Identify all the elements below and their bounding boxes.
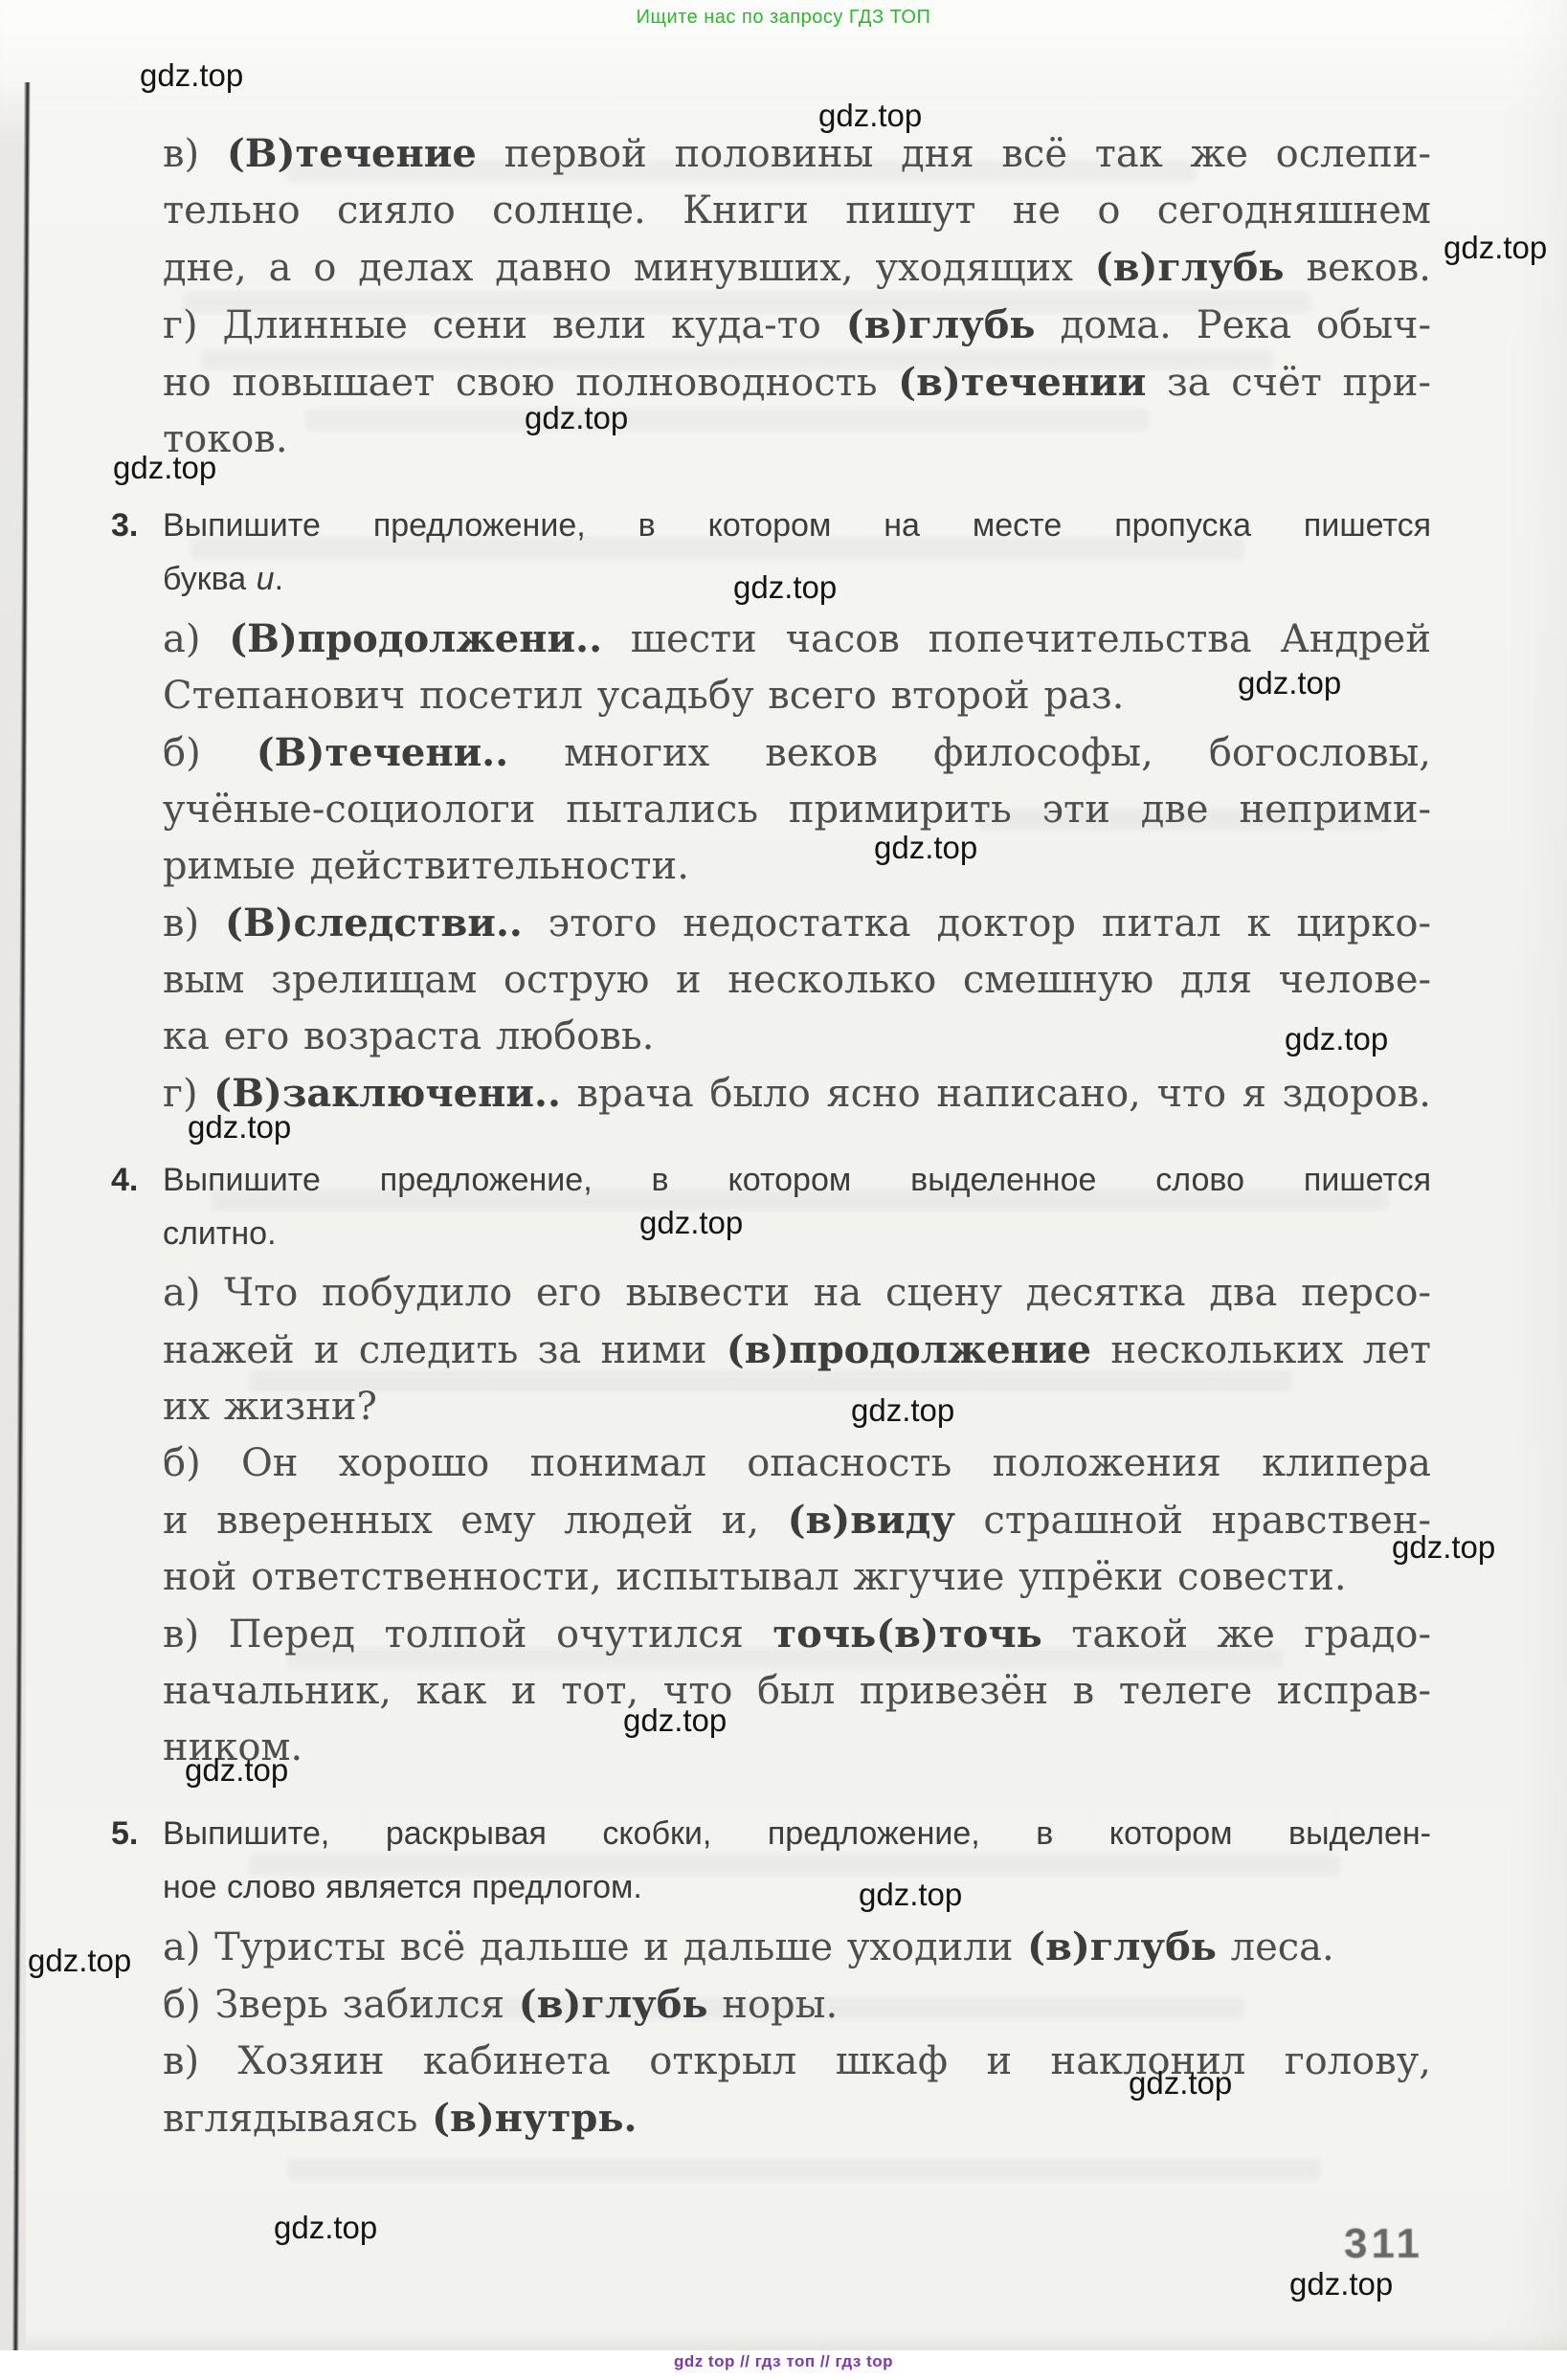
text-column: в) (В)течение первой половины дня всё та…	[163, 125, 1431, 2147]
exercise-item: г) (В)заключени.. врача было ясно написа…	[163, 1065, 1431, 1123]
text-line: а) (В)продолжени.. шести часов попечител…	[163, 611, 1431, 668]
exercise-item: в) (В)следстви.. этого недостатка доктор…	[163, 895, 1431, 1065]
exercise-item: б) Зверь забился (в)глубь норы.	[163, 1976, 1431, 2034]
gdz-watermark: gdz.top	[859, 1879, 962, 1910]
text-line: слитно.	[163, 1207, 1431, 1260]
text-line: ка его возраста любовь.	[163, 1009, 1431, 1065]
gdz-watermark: gdz.top	[188, 1111, 291, 1143]
text-line: римые действительности.	[163, 838, 1431, 895]
text-line: а) Что побудило его вывести на сцену дес…	[163, 1265, 1431, 1322]
exercise-item: в) Хозяин кабинета открыл шкаф и наклони…	[163, 2034, 1431, 2147]
text-line: нажей и следить за ними (в)продолжение н…	[163, 1322, 1431, 1379]
gdz-watermark: gdz.top	[1129, 2067, 1232, 2099]
text-line: г) Длинные сени вели куда-то (в)глубь до…	[163, 297, 1431, 354]
promo-banner-text: Ищите нас по запросу ГДЗ ТОП	[0, 7, 1567, 29]
gdz-watermark: gdz.top	[733, 571, 837, 603]
text-line: дне, а о делах давно минувших, уходящих …	[163, 239, 1431, 297]
text-line: их жизни?	[163, 1379, 1431, 1435]
text-line: вглядываясь (в)нутрь.	[163, 2090, 1431, 2147]
exercise-item: а) Туристы всё дальше и дальше уходили (…	[163, 1919, 1431, 1976]
gdz-watermark: gdz.top	[623, 1704, 727, 1736]
gdz-watermark: gdz.top	[1285, 1023, 1388, 1055]
exercise-header: 5.Выпишите, раскрывая скобки, предложени…	[163, 1807, 1431, 1914]
gdz-watermark: gdz.top	[1392, 1531, 1495, 1563]
text-line: б) Он хорошо понимал опасность положения…	[163, 1435, 1431, 1492]
text-line: ное слово является предлогом.	[163, 1860, 1431, 1914]
text-line: вым зрелищам острую и несколько смешную …	[163, 952, 1431, 1009]
text-line: Выпишите, раскрывая скобки, предложение,…	[163, 1807, 1431, 1860]
text-line: Выпишите предложение, в котором на месте…	[163, 499, 1431, 552]
gdz-watermark: gdz.top	[185, 1754, 288, 1786]
text-line: б) (В)течени.. многих веков философы, бо…	[163, 724, 1431, 782]
text-line: в) (В)следстви.. этого недостатка доктор…	[163, 895, 1431, 952]
exercise-number: 3.	[111, 499, 138, 552]
gdz-watermark: gdz.top	[525, 402, 628, 434]
exercise-item: б) Он хорошо понимал опасность положения…	[163, 1435, 1431, 1606]
exercise-item: г) Длинные сени вели куда-то (в)глубь до…	[163, 297, 1431, 468]
exercise-number: 4.	[111, 1153, 138, 1207]
text-line: Выпишите предложение, в котором выделенн…	[163, 1153, 1431, 1207]
text-line: а) Туристы всё дальше и дальше уходили (…	[163, 1919, 1431, 1976]
gdz-watermark: gdz.top	[28, 1945, 131, 1976]
exercise-item: в) (В)течение первой половины дня всё та…	[163, 125, 1431, 297]
text-line: в) Перед толпой очутился точь(в)точь так…	[163, 1606, 1431, 1663]
gdz-watermark: gdz.top	[1444, 232, 1547, 263]
gdz-watermark: gdz.top	[1289, 2268, 1393, 2300]
exercise-item: в) Перед толпой очутился точь(в)точь так…	[163, 1606, 1431, 1776]
gdz-watermark: gdz.top	[639, 1207, 743, 1238]
text-line: ной ответственности, испытывал жгучие уп…	[163, 1549, 1431, 1606]
text-line: и вверенных ему людей и, (в)виду страшно…	[163, 1492, 1431, 1549]
exercise-header: 4.Выпишите предложение, в котором выделе…	[163, 1153, 1431, 1260]
gdz-watermark: gdz.top	[851, 1394, 954, 1426]
bleedthrough-artifact	[287, 2159, 1321, 2180]
gdz-watermark: gdz.top	[874, 832, 977, 863]
gdz-watermark: gdz.top	[140, 59, 243, 91]
exercise-item: а) Что побудило его вывести на сцену дес…	[163, 1265, 1431, 1435]
gdz-watermark: gdz.top	[1238, 667, 1341, 699]
text-line: но повышает свою полноводность (в)течени…	[163, 354, 1431, 411]
exercise-number: 5.	[111, 1807, 138, 1860]
footer-links: gdz top // гдз топ // гдз top	[0, 2352, 1567, 2371]
text-line: б) Зверь забился (в)глубь норы.	[163, 1976, 1431, 2034]
gdz-watermark: gdz.top	[113, 452, 216, 483]
text-line: в) Хозяин кабинета открыл шкаф и наклони…	[163, 2034, 1431, 2090]
text-line: г) (В)заключени.. врача было ясно написа…	[163, 1065, 1431, 1123]
text-line: тельно сияло солнце. Книги пишут не о се…	[163, 183, 1431, 239]
gdz-watermark: gdz.top	[274, 2212, 377, 2243]
text-line: начальник, как и тот, что был привезён в…	[163, 1663, 1431, 1720]
page-number: 311	[1344, 2220, 1423, 2268]
exercise-item: б) (В)течени.. многих веков философы, бо…	[163, 724, 1431, 895]
text-line: учёные-социологи пытались примирить эти …	[163, 782, 1431, 838]
text-line: в) (В)течение первой половины дня всё та…	[163, 125, 1431, 183]
gdz-watermark: gdz.top	[818, 100, 922, 131]
text-line: токов.	[163, 411, 1431, 468]
text-line: ником.	[163, 1720, 1431, 1776]
